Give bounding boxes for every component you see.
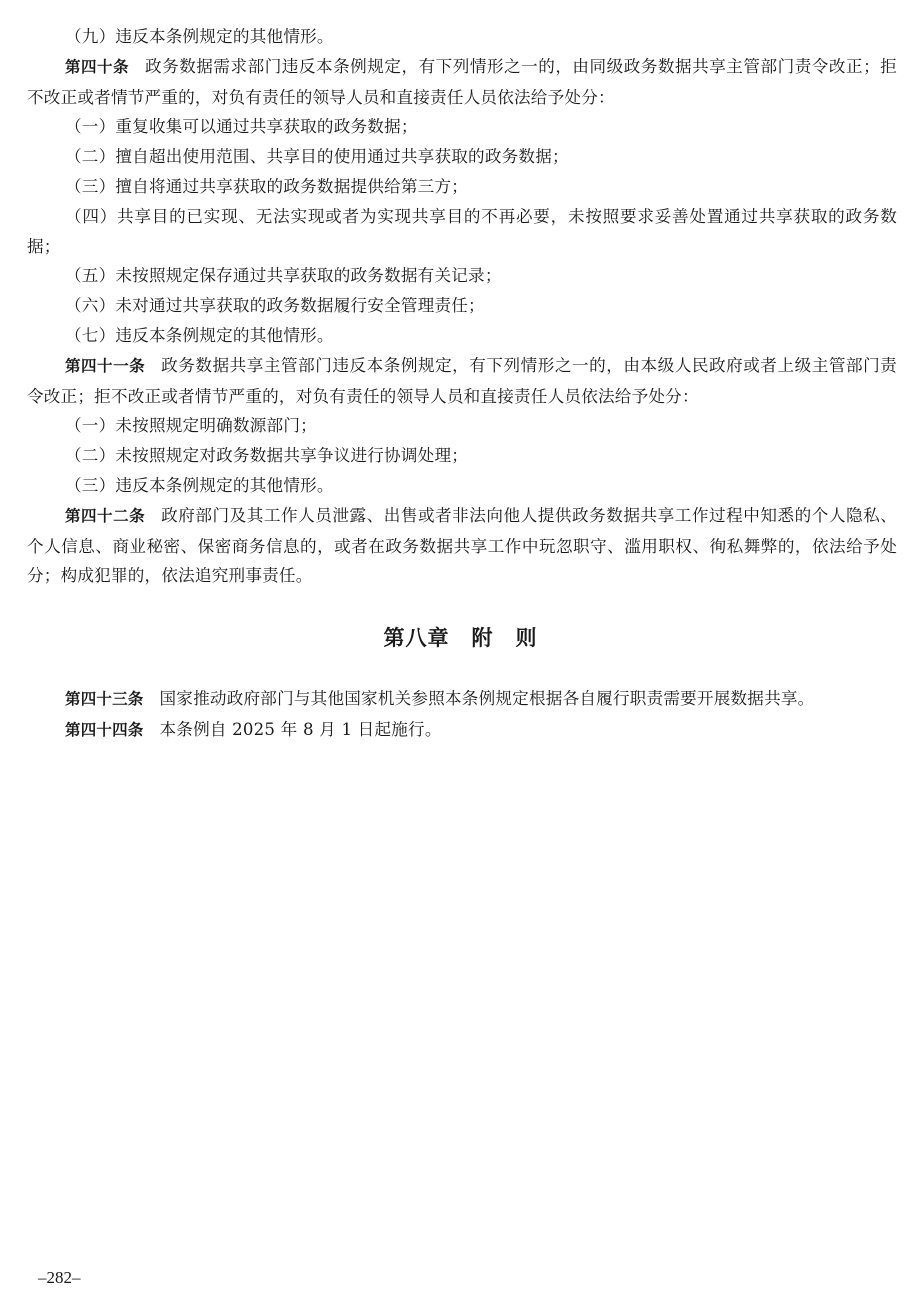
article-42: 第四十二条政府部门及其工作人员泄露、出售或者非法向他人提供政务数据共享工作过程中… [27,501,897,591]
list-item-1: （一）未按照规定明确数源部门； [27,411,897,441]
list-item-9: （九）违反本条例规定的其他情形。 [27,22,897,52]
article-41: 第四十一条政务数据共享主管部门违反本条例规定，有下列情形之一的，由本级人民政府或… [27,351,897,412]
list-item-2: （二）未按照规定对政务数据共享争议进行协调处理； [27,441,897,471]
chapter-title: 第八章附则 [0,622,921,652]
article-text: 政务数据共享主管部门违反本条例规定，有下列情形之一的，由本级人民政府或者上级主管… [27,356,897,406]
article-text: 政务数据需求部门违反本条例规定，有下列情形之一的，由同级政务数据共享主管部门责令… [27,57,897,107]
article-number: 第四十三条 [65,690,144,708]
chapter-number: 第八章 [384,626,450,650]
article-number: 第四十二条 [65,507,145,525]
article-44: 第四十四条本条例自 2025 年 8 月 1 日起施行。 [27,715,897,746]
list-item-5: （五）未按照规定保存通过共享获取的政务数据有关记录； [27,261,897,291]
list-item-1: （一）重复收集可以通过共享获取的政务数据； [27,112,897,142]
article-text: 本条例自 2025 年 8 月 1 日起施行。 [160,720,442,739]
list-item-4: （四）共享目的已实现、无法实现或者为实现共享目的不再必要，未按照要求妥善处置通过… [27,202,897,262]
chapter-title-part-1: 附 [472,626,494,650]
article-43: 第四十三条国家推动政府部门与其他国家机关参照本条例规定根据各自履行职责需要开展数… [27,684,897,715]
article-number: 第四十四条 [65,721,144,739]
chapter-body: 第四十三条国家推动政府部门与其他国家机关参照本条例规定根据各自履行职责需要开展数… [27,684,897,746]
list-item-3: （三）违反本条例规定的其他情形。 [27,471,897,501]
article-text: 政府部门及其工作人员泄露、出售或者非法向他人提供政务数据共享工作过程中知悉的个人… [27,506,897,586]
chapter-title-part-2: 则 [516,626,538,650]
list-item-2: （二）擅自超出使用范围、共享目的使用通过共享获取的政务数据； [27,142,897,172]
document-body: （九）违反本条例规定的其他情形。 第四十条政务数据需求部门违反本条例规定，有下列… [27,22,897,591]
article-number: 第四十条 [65,58,129,76]
article-number: 第四十一条 [65,357,145,375]
article-text: 国家推动政府部门与其他国家机关参照本条例规定根据各自履行职责需要开展数据共享。 [160,689,815,708]
list-item-7: （七）违反本条例规定的其他情形。 [27,321,897,351]
list-item-3: （三）擅自将通过共享获取的政务数据提供给第三方； [27,172,897,202]
article-40: 第四十条政务数据需求部门违反本条例规定，有下列情形之一的，由同级政务数据共享主管… [27,52,897,113]
page-number: –282– [38,1268,81,1288]
list-item-6: （六）未对通过共享获取的政务数据履行安全管理责任； [27,291,897,321]
